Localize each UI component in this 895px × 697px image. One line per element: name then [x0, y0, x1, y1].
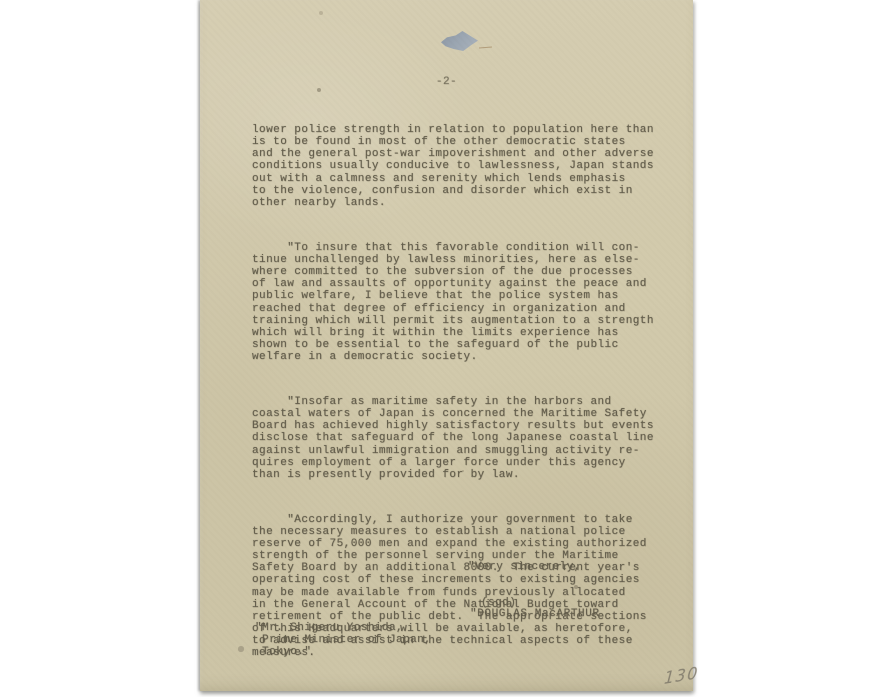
letter-body: lower police strength in relation to pop… [252, 100, 676, 692]
pen-mark [479, 47, 492, 49]
paper-specks [200, 0, 202, 2]
paper-damage-stain [441, 31, 478, 51]
scan-background: -2- lower police strength in relation to… [0, 0, 895, 697]
document-page: -2- lower police strength in relation to… [200, 0, 693, 691]
closing-salutation: "Very sincerely, [468, 561, 581, 573]
paragraph-2: "To insure that this favorable condition… [252, 242, 676, 363]
pencil-page-annotation: 130 [663, 663, 699, 688]
recipient-address: "Mr. Shigeru Yoshida, Prime Minister of … [255, 622, 431, 659]
signature-name: "DOUGLAS MacARTHUR [470, 608, 600, 620]
paragraph-3: "Insofar as maritime safety in the harbo… [252, 396, 676, 481]
paragraph-1: lower police strength in relation to pop… [252, 124, 676, 209]
page-number: -2- [200, 76, 693, 88]
